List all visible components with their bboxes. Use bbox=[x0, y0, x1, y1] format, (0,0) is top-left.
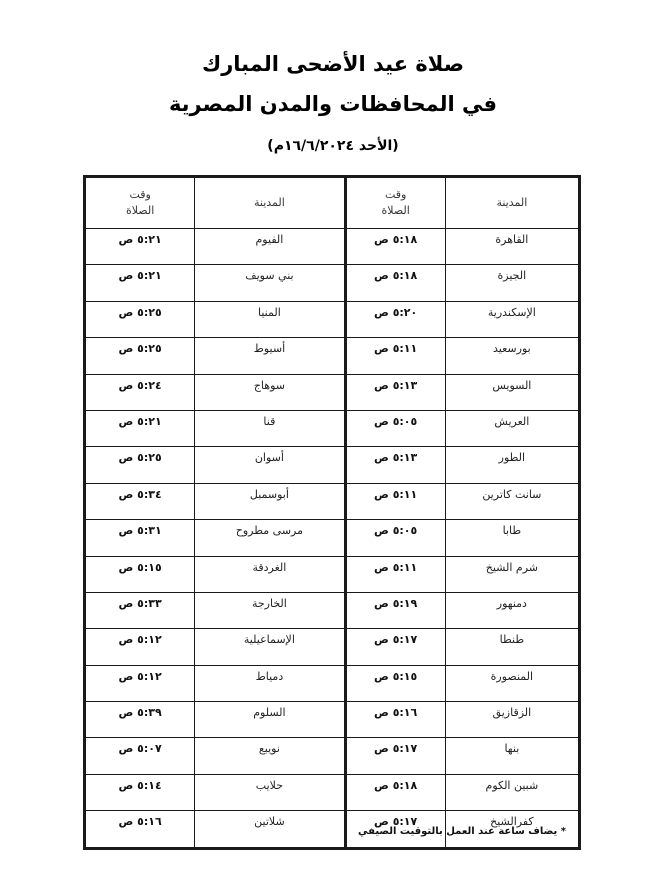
date-line: (الأحد ١٦/٦/٢٠٢٤م) bbox=[0, 138, 666, 154]
time-right-cell: ٥:١٨ ص bbox=[345, 229, 445, 265]
time-left-cell: ٥:١٥ ص bbox=[85, 556, 195, 592]
table-row: شرم الشيخ٥:١١ صالغردقة٥:١٥ ص bbox=[85, 556, 580, 592]
city-right-cell: شرم الشيخ bbox=[445, 556, 579, 592]
table-row: دمنهور٥:١٩ صالخارجة٥:٣٣ ص bbox=[85, 592, 580, 628]
city-left-cell: الفيوم bbox=[195, 229, 345, 265]
city-right-cell: سانت كاترين bbox=[445, 483, 579, 519]
city-right-cell: المنصورة bbox=[445, 665, 579, 701]
time-left-cell: ٥:٢٥ ص bbox=[85, 447, 195, 483]
city-left-cell: المنيا bbox=[195, 301, 345, 337]
table-row: الجيزة٥:١٨ صبني سويف٥:٢١ ص bbox=[85, 265, 580, 301]
time-right-cell: ٥:١١ ص bbox=[345, 483, 445, 519]
table-row: المنصورة٥:١٥ صدمياط٥:١٢ ص bbox=[85, 665, 580, 701]
time-right-cell: ٥:١٥ ص bbox=[345, 665, 445, 701]
time-right-cell: ٥:٠٥ ص bbox=[345, 520, 445, 556]
time-right-cell: ٥:٢٠ ص bbox=[345, 301, 445, 337]
city-left-cell: أسيوط bbox=[195, 338, 345, 374]
city-left-cell: أسوان bbox=[195, 447, 345, 483]
footnote: * يضاف ساعة عند العمل بالتوقيت الصيفي bbox=[358, 826, 566, 837]
table-row: الإسكندرية٥:٢٠ صالمنيا٥:٢٥ ص bbox=[85, 301, 580, 337]
time-right-cell: ٥:١٧ ص bbox=[345, 738, 445, 774]
time-right-cell: ٥:١٦ ص bbox=[345, 702, 445, 738]
city-right-cell: شبين الكوم bbox=[445, 774, 579, 810]
time-right-cell: ٥:١٨ ص bbox=[345, 774, 445, 810]
column-header-city-right: المدينة bbox=[445, 177, 579, 229]
time-left-cell: ٥:١٦ ص bbox=[85, 811, 195, 848]
table-row: العريش٥:٠٥ صقنا٥:٢١ ص bbox=[85, 410, 580, 446]
city-right-cell: بورسعيد bbox=[445, 338, 579, 374]
city-right-cell: الجيزة bbox=[445, 265, 579, 301]
city-right-cell: الطور bbox=[445, 447, 579, 483]
city-left-cell: نويبع bbox=[195, 738, 345, 774]
city-left-cell: سوهاج bbox=[195, 374, 345, 410]
city-right-cell: السويس bbox=[445, 374, 579, 410]
time-left-cell: ٥:٢٥ ص bbox=[85, 338, 195, 374]
time-left-cell: ٥:٣٣ ص bbox=[85, 592, 195, 628]
time-left-cell: ٥:٠٧ ص bbox=[85, 738, 195, 774]
table-row: طنطا٥:١٧ صالإسماعيلية٥:١٢ ص bbox=[85, 629, 580, 665]
time-header-line2: الصلاة bbox=[347, 203, 445, 219]
time-left-cell: ٥:١٢ ص bbox=[85, 665, 195, 701]
city-right-cell: طنطا bbox=[445, 629, 579, 665]
table-row: بنها٥:١٧ صنويبع٥:٠٧ ص bbox=[85, 738, 580, 774]
city-left-cell: شلاتين bbox=[195, 811, 345, 848]
table-row: الزقازيق٥:١٦ صالسلوم٥:٣٩ ص bbox=[85, 702, 580, 738]
time-left-cell: ٥:٣١ ص bbox=[85, 520, 195, 556]
time-left-cell: ٥:٢٥ ص bbox=[85, 301, 195, 337]
time-header-line1: وقت bbox=[347, 187, 445, 203]
city-right-cell: بنها bbox=[445, 738, 579, 774]
table-row: بورسعيد٥:١١ صأسيوط٥:٢٥ ص bbox=[85, 338, 580, 374]
column-header-city-left: المدينة bbox=[195, 177, 345, 229]
city-right-cell: طابا bbox=[445, 520, 579, 556]
city-left-cell: بني سويف bbox=[195, 265, 345, 301]
time-right-cell: ٥:٠٥ ص bbox=[345, 410, 445, 446]
table-row: شبين الكوم٥:١٨ صحلايب٥:١٤ ص bbox=[85, 774, 580, 810]
time-left-cell: ٥:٢٤ ص bbox=[85, 374, 195, 410]
time-right-cell: ٥:١١ ص bbox=[345, 338, 445, 374]
time-left-cell: ٥:١٢ ص bbox=[85, 629, 195, 665]
time-right-cell: ٥:١٨ ص bbox=[345, 265, 445, 301]
prayer-times-table: المدينة وقت الصلاة المدينة وقت الصلاة ال… bbox=[83, 175, 581, 850]
city-right-cell: الزقازيق bbox=[445, 702, 579, 738]
time-right-cell: ٥:١٧ ص bbox=[345, 629, 445, 665]
city-left-cell: قنا bbox=[195, 410, 345, 446]
city-left-cell: السلوم bbox=[195, 702, 345, 738]
time-left-cell: ٥:٢١ ص bbox=[85, 229, 195, 265]
city-right-cell: القاهرة bbox=[445, 229, 579, 265]
city-left-cell: أبوسمبل bbox=[195, 483, 345, 519]
city-left-cell: مرسى مطروح bbox=[195, 520, 345, 556]
column-header-time-right: وقت الصلاة bbox=[345, 177, 445, 229]
city-left-cell: الخارجة bbox=[195, 592, 345, 628]
city-right-cell: العريش bbox=[445, 410, 579, 446]
time-header-line2: الصلاة bbox=[86, 203, 194, 219]
time-right-cell: ٥:١٣ ص bbox=[345, 447, 445, 483]
page-subtitle: في المحافظات والمدن المصرية bbox=[0, 92, 666, 116]
time-left-cell: ٥:٣٩ ص bbox=[85, 702, 195, 738]
time-left-cell: ٥:٢١ ص bbox=[85, 410, 195, 446]
column-header-time-left: وقت الصلاة bbox=[85, 177, 195, 229]
table-header-row: المدينة وقت الصلاة المدينة وقت الصلاة bbox=[85, 177, 580, 229]
city-left-cell: دمياط bbox=[195, 665, 345, 701]
table-row: السويس٥:١٣ صسوهاج٥:٢٤ ص bbox=[85, 374, 580, 410]
table-row: القاهرة٥:١٨ صالفيوم٥:٢١ ص bbox=[85, 229, 580, 265]
table-body: القاهرة٥:١٨ صالفيوم٥:٢١ صالجيزة٥:١٨ صبني… bbox=[85, 229, 580, 849]
time-right-cell: ٥:١٩ ص bbox=[345, 592, 445, 628]
time-header-line1: وقت bbox=[86, 187, 194, 203]
time-left-cell: ٥:٣٤ ص bbox=[85, 483, 195, 519]
table-row: سانت كاترين٥:١١ صأبوسمبل٥:٣٤ ص bbox=[85, 483, 580, 519]
city-left-cell: الإسماعيلية bbox=[195, 629, 345, 665]
city-left-cell: حلايب bbox=[195, 774, 345, 810]
page-title: صلاة عيد الأضحى المبارك bbox=[0, 52, 666, 76]
time-left-cell: ٥:٢١ ص bbox=[85, 265, 195, 301]
time-left-cell: ٥:١٤ ص bbox=[85, 774, 195, 810]
time-right-cell: ٥:١٣ ص bbox=[345, 374, 445, 410]
table-row: الطور٥:١٣ صأسوان٥:٢٥ ص bbox=[85, 447, 580, 483]
time-right-cell: ٥:١١ ص bbox=[345, 556, 445, 592]
city-left-cell: الغردقة bbox=[195, 556, 345, 592]
city-right-cell: الإسكندرية bbox=[445, 301, 579, 337]
city-right-cell: دمنهور bbox=[445, 592, 579, 628]
table-row: طابا٥:٠٥ صمرسى مطروح٥:٣١ ص bbox=[85, 520, 580, 556]
